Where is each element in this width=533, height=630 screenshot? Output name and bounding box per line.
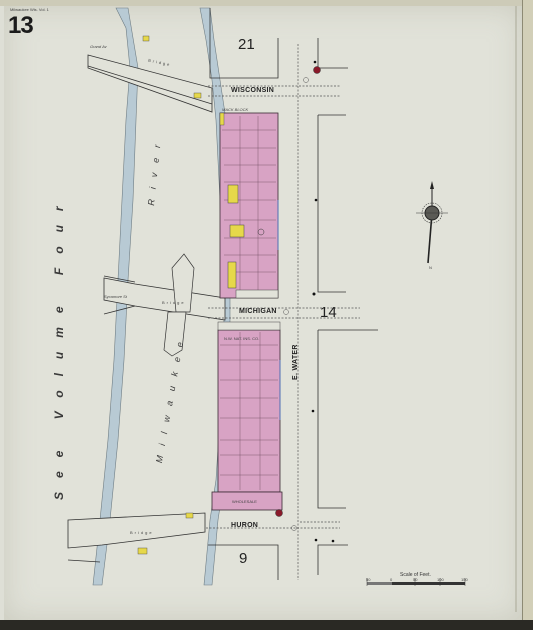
block-ne-outline (318, 38, 348, 68)
shed-river-north (194, 93, 201, 98)
compass-rose (416, 181, 448, 263)
scale-tick-1: 0 (390, 577, 392, 582)
street-wisconsin: WISCONSIN (231, 87, 274, 94)
building-label-nw-ins: N.W. NAT. INS. CO. (224, 336, 259, 341)
street-michigan: MICHIGAN (239, 308, 277, 315)
scale-tick-4: 150 (461, 577, 468, 582)
hydrant-north (314, 67, 321, 74)
street-grand-av: Grand Av (90, 44, 107, 49)
sheet-number: 13 (8, 12, 33, 40)
block-e-upper-outline (318, 115, 346, 292)
hydrant-huron (276, 510, 283, 517)
frame-building-2 (230, 225, 244, 237)
building-block-south (218, 330, 280, 492)
block-se-outline (318, 545, 348, 575)
building-label-wholesale: WHOLESALE (232, 499, 257, 504)
frame-building-4 (220, 113, 224, 125)
frame-building-1 (228, 185, 238, 203)
scale-tick-0: 50 (366, 577, 370, 582)
shed-huron-south (138, 548, 147, 554)
scale-tick-2: 50 (413, 577, 417, 582)
bridge-label-huron: Bridge (130, 530, 154, 535)
sheet-header-note: Milwaukee Wis. Vol. 1 (10, 7, 49, 12)
bridge-label-sycamore: Bridge (162, 300, 186, 305)
map-drawing (0, 0, 533, 630)
shed-huron-north (186, 513, 193, 518)
scale-tick-3: 100 (437, 577, 444, 582)
building-label-mack-block: MACK BLOCK (222, 107, 248, 112)
map-sheet: 13 Milwaukee Wis. Vol. 1 See Volume Four… (0, 0, 533, 630)
shed-grand-av (143, 36, 149, 41)
street-e-water: E. WATER (292, 344, 299, 380)
block-e-lower-outline (318, 330, 378, 508)
block-number-14: 14 (320, 304, 337, 321)
street-huron: HURON (231, 522, 258, 529)
grand-av-bridge (88, 55, 212, 112)
street-sycamore: Sycamore St (104, 294, 127, 299)
frame-building-3 (228, 262, 236, 288)
block-number-21: 21 (238, 36, 255, 53)
compass-label: N (429, 265, 432, 270)
block-number-9: 9 (239, 550, 247, 567)
see-volume-label: See Volume Four (52, 192, 66, 500)
